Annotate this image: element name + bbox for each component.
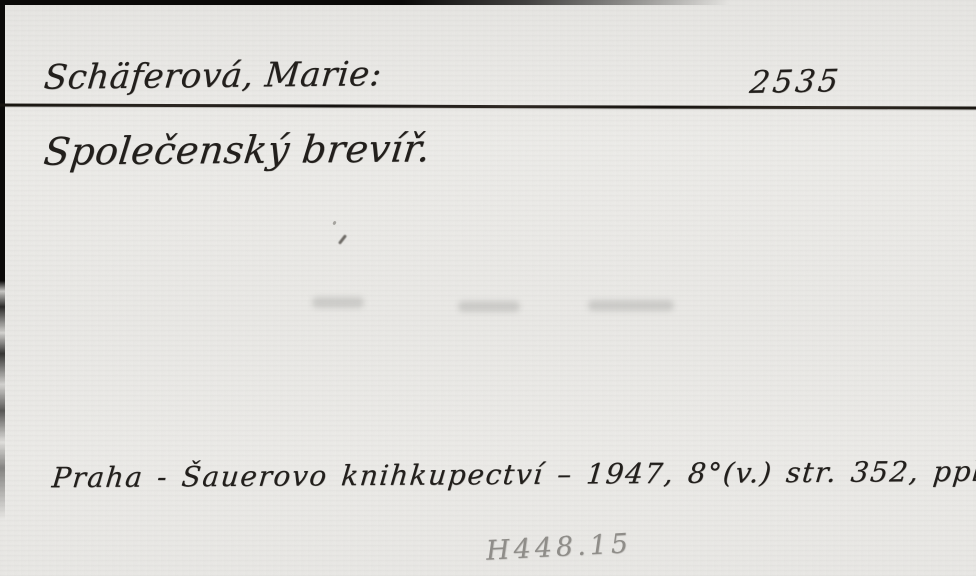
catalog-number: 2535 [748, 63, 843, 101]
bleedthrough-smudge [458, 301, 520, 312]
imprint-line: Praha - Šauerovo knihkupectví – 1947, 8°… [50, 455, 976, 495]
title-line: Společenský brevíř. [41, 126, 432, 173]
ink-dot [332, 221, 337, 226]
bleedthrough-smudge [588, 300, 674, 311]
scan-edge-left [0, 0, 5, 520]
scan-edge-top [0, 0, 730, 5]
bleedthrough-smudge [312, 297, 364, 308]
ink-speck [338, 234, 347, 245]
author-heading: Schäferová, Marie: [42, 54, 384, 98]
catalog-card-scan: Schäferová, Marie: 2535 Společenský brev… [0, 0, 976, 576]
pencil-shelfmark: H448.15 [485, 528, 632, 567]
ruled-line [0, 103, 976, 109]
